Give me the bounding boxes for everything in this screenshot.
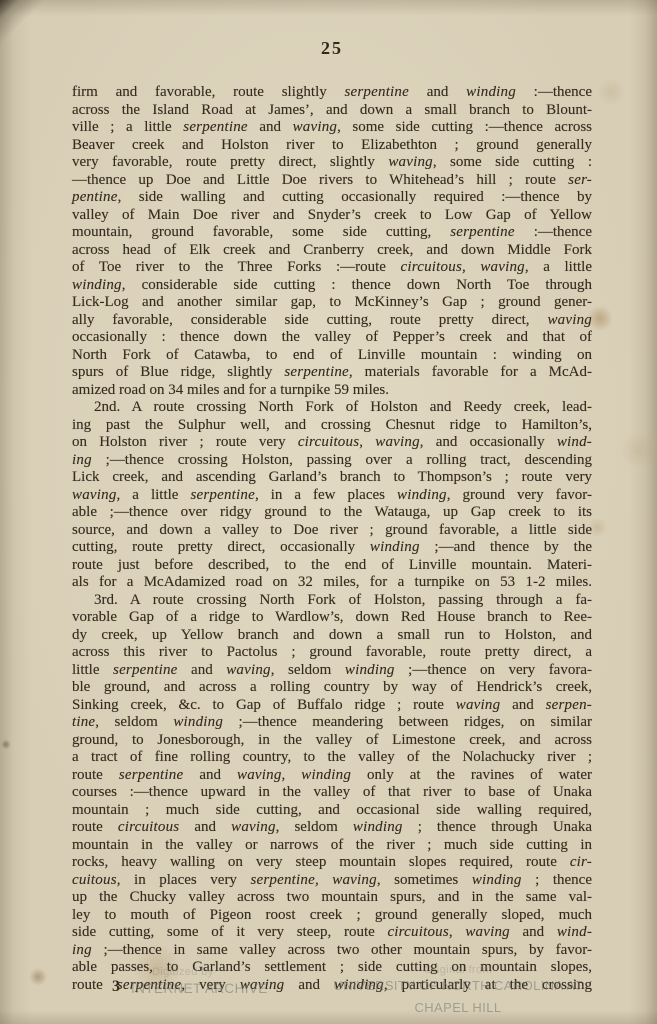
body-text: firm and favorable, route slightly serpe… <box>72 84 592 994</box>
text-line: cuitous, in places very serpentine, wavi… <box>72 872 592 890</box>
text-line: ing past the Sulphur well, and crossing … <box>72 417 592 435</box>
text-line: courses :—thence upward in the valley of… <box>72 784 592 802</box>
text-line: winding, considerable side cutting : the… <box>72 277 592 295</box>
text-line: 2nd. A route crossing North Fork of Hols… <box>72 399 592 417</box>
text-line: of Toe river to the Three Forks :—route … <box>72 259 592 277</box>
text-line: mountain, ground favorable, some side cu… <box>72 224 592 242</box>
text-line: across head of Elk creek and Cranberry c… <box>72 242 592 260</box>
text-line: Lick creek, and ascending Garland’s bran… <box>72 469 592 487</box>
text-line: side cutting, some of it very steep, rou… <box>72 924 592 942</box>
text-line: firm and favorable, route slightly serpe… <box>72 84 592 102</box>
text-line: very favorable, route pretty direct, sli… <box>72 154 592 172</box>
text-line: little serpentine and waving, seldom win… <box>72 662 592 680</box>
text-line: a tract of fine rolling country, to the … <box>72 749 592 767</box>
text-line: ley to mouth of Pigeon roost creek ; gro… <box>72 907 592 925</box>
text-line: ground, to Jonesborough, in the valley o… <box>72 732 592 750</box>
text-line: Sinking creek, &c. to Gap of Buffalo rid… <box>72 697 592 715</box>
text-line: 3rd. A route crossing North Fork of Hols… <box>72 592 592 610</box>
text-line: source, and down a valley to Doe river ;… <box>72 522 592 540</box>
text-line: North Fork of Catawba, to end of Linvill… <box>72 347 592 365</box>
text-line: ing ;—thence crossing Holston, passing o… <box>72 452 592 470</box>
text-line: amized road on 34 miles and for a turnpi… <box>72 382 592 400</box>
signature-mark: 3 <box>112 978 120 996</box>
text-line: mountain in the valley or narrows of the… <box>72 837 592 855</box>
text-line: ing ;—thence in same valley across two o… <box>72 942 592 960</box>
text-line: route serpentine and waving, winding onl… <box>72 767 592 785</box>
text-line: —thence up Doe and Little Doe rivers to … <box>72 172 592 190</box>
text-line: rocks, heavy walling on very steep mount… <box>72 854 592 872</box>
text-line: tine, seldom winding ;—thence meandering… <box>72 714 592 732</box>
page-corner-shadow <box>0 0 70 70</box>
text-line: able ;—thence over ridgy ground to the W… <box>72 504 592 522</box>
text-line: across the Island Road at James’, and do… <box>72 102 592 120</box>
text-line: Beaver creek and Holston river to Elizab… <box>72 137 592 155</box>
text-line: on Holston river ; route very circuitous… <box>72 434 592 452</box>
text-line: vorable Gap of a ridge to Wardlow’s, dow… <box>72 609 592 627</box>
text-line: waving, a little serpentine, in a few pl… <box>72 487 592 505</box>
watermark-internet-archive: INTERNET ARCHIVE <box>131 981 268 996</box>
watermark-original-from: Original from <box>310 964 606 976</box>
text-line: ville ; a little serpentine and waving, … <box>72 119 592 137</box>
text-line: occasionally : thence down the valley of… <box>72 329 592 347</box>
text-line: valley of Main Doe river and Snyder’s cr… <box>72 207 592 225</box>
text-line: ble ground, and across a rolling country… <box>72 679 592 697</box>
watermark-university-line1: UNIVERSITY OF NORTH CAROLINA AT <box>310 978 606 993</box>
page-number: 25 <box>72 38 592 59</box>
text-line: als for a McAdamized road on 32 miles, f… <box>72 574 592 592</box>
watermark-digitized-by: Digitized by <box>152 966 214 978</box>
text-line: pentine, side walling and cutting occasi… <box>72 189 592 207</box>
watermark-university-line2: CHAPEL HILL <box>310 1000 606 1015</box>
text-line: ally favorable, considerable side cuttin… <box>72 312 592 330</box>
text-line: spurs of Blue ridge, slightly serpentine… <box>72 364 592 382</box>
scanned-book-page: 25 firm and favorable, route slightly se… <box>0 0 657 1024</box>
text-line: dy creek, up Yellow branch and down a sm… <box>72 627 592 645</box>
text-line: route just before described, to the end … <box>72 557 592 575</box>
text-line: cutting, route pretty direct, occasional… <box>72 539 592 557</box>
text-line: mountain ; much side cutting, and occasi… <box>72 802 592 820</box>
text-line: up the Chucky valley across two mountain… <box>72 889 592 907</box>
text-line: route circuitous and waving, seldom wind… <box>72 819 592 837</box>
text-line: Lick-Log and another similar gap, to McK… <box>72 294 592 312</box>
text-line: across this river to Pactolus ; ground f… <box>72 644 592 662</box>
